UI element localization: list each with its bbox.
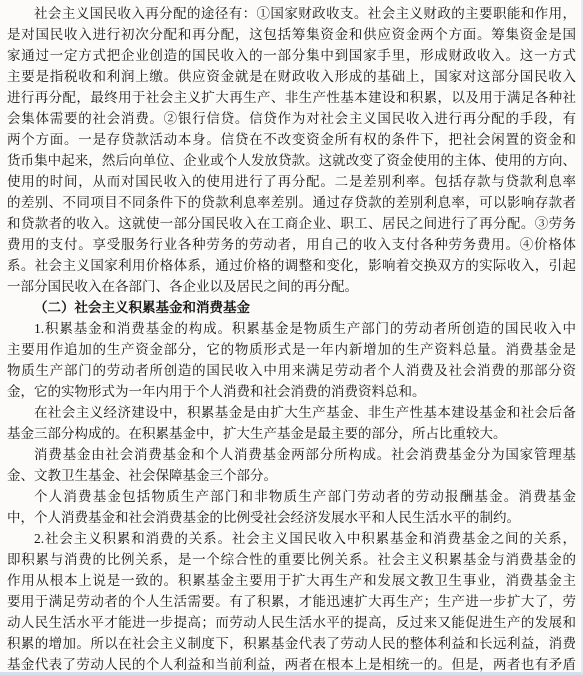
text-line: 即积累与消费的比例关系，是一个综合性的重要比例关系。社会主义积累基金与消费基金的	[7, 549, 576, 570]
text-line: 基金代表了劳动人民的个人利益和当前利益，两者在根本上是相统一的。但是，两者也有矛…	[7, 654, 576, 675]
text-line: 家通过一定方式把企业创造的国民收入的一部分集中到国家手里，形成财政收入。这一方式	[7, 45, 576, 66]
text-line: 主要用作追加的生产资金部分，它的物质形式是一年内新增加的生产资料总量。消费基金是	[7, 339, 576, 360]
text-line: 主要是指税收和利润上缴。供应资金就是在财政收入形成的基础上，国家对这部分国民收入	[7, 66, 576, 87]
text-line: 中，个人消费基金和社会消费基金的比例受社会经济发展水平和人民生活水平的制约。	[7, 507, 576, 528]
text-line: 动人民生活水平才能进一步提高；而劳动人民生活水平的提高，反过来又能促进生产的发展…	[7, 612, 576, 633]
text-line: 个人消费基金包括物质生产部门和非物质生产部门劳动者的劳动报酬基金。消费基金	[7, 486, 576, 507]
text-line: 和贷款者的收入。这就使一部分国民收入在工商企业、职工、居民之间进行了再分配。③劳…	[7, 213, 576, 234]
text-line: 货币集中起来，然后向单位、企业或个人发放贷款。这就改变了资金使用的主体、使用的方…	[7, 150, 576, 171]
scanned-page: 社会主义国民收入再分配的途径有：①国家财政收支。社会主义财政的主要职能和作用，是…	[0, 0, 583, 675]
text-line: 进行再分配，最终用于社会主义扩大再生产、非生产性基本建设和积累，以及用于满足各种…	[7, 87, 576, 108]
text-line: 积累的增加。所以在社会主义制度下，积累基金代表了劳动人民的整体利益和长远利益，消…	[7, 633, 576, 654]
text-line: 在社会主义经济建设中，积累基金是由扩大生产基金、非生产性基本建设基金和社会后备	[7, 402, 576, 423]
section-heading: （二）社会主义积累基金和消费基金	[7, 297, 576, 318]
text-line: 金、文教卫生基金、社会保障基金三个部分。	[7, 465, 576, 486]
text-line: 是对国民收入进行初次分配和再分配，这包括筹集资金和供应资金两个方面。筹集资金是国	[7, 24, 576, 45]
text-line: 1.积累基金和消费基金的构成。积累基金是物质生产部门的劳动者所创造的国民收入中	[7, 318, 576, 339]
text-line: 消费基金由社会消费基金和个人消费基金两部分所构成。社会消费基金分为国家管理基	[7, 444, 576, 465]
document-text-block: 社会主义国民收入再分配的途径有：①国家财政收支。社会主义财政的主要职能和作用，是…	[7, 3, 576, 675]
text-line: 社会主义国民收入再分配的途径有：①国家财政收支。社会主义财政的主要职能和作用，	[7, 3, 576, 24]
text-line: 使用的时间，从而对国民收入的使用进行了再分配。二是差别利率。包括存款与贷款利息率	[7, 171, 576, 192]
text-line: 作用从根本上说是一致的。积累基金主要用于扩大再生产和发展文教卫生事业，消费基金主	[7, 570, 576, 591]
text-line: 2.社会主义积累和消费的关系。社会主义国民收入中积累基金和消费基金之间的关系，	[7, 528, 576, 549]
text-line: 基金三部分构成的。在积累基金中，扩大生产基金是最主要的部分，所占比重较大。	[7, 423, 576, 444]
text-line: 一部分国民收入在各部门、各企业以及居民之间的再分配。	[7, 276, 576, 297]
text-line: 费用的支付。享受服务行业各种劳务的劳动者，用自己的收入支付各种劳务费用。④价格体	[7, 234, 576, 255]
text-line: 要用于满足劳动者的个人生活需要。有了积累，才能迅速扩大再生产；生产进一步扩大了，…	[7, 591, 576, 612]
text-line: 两个方面。一是存贷款活动本身。信贷在不改变资金所有权的条件下，把社会闲置的资金和	[7, 129, 576, 150]
text-line: 会集体需要的社会消费。②银行信贷。信贷作为对社会主义国民收入进行再分配的手段，有	[7, 108, 576, 129]
text-line: 系。社会主义国家利用价格体系，通过价格的调整和变化，影响着交换双方的实际收入，引…	[7, 255, 576, 276]
text-line: 物质生产部门的劳动者所创造的国民收入中用来满足劳动者个人消费及社会消费的那部分资	[7, 360, 576, 381]
text-line: 金，它的实物形式为一年内用于个人消费和社会消费的消费资料总和。	[7, 381, 576, 402]
text-line: 的差别、不同项目不同条件下的贷款利息率差别。通过存贷款的差别利息率，可以影响存款…	[7, 192, 576, 213]
